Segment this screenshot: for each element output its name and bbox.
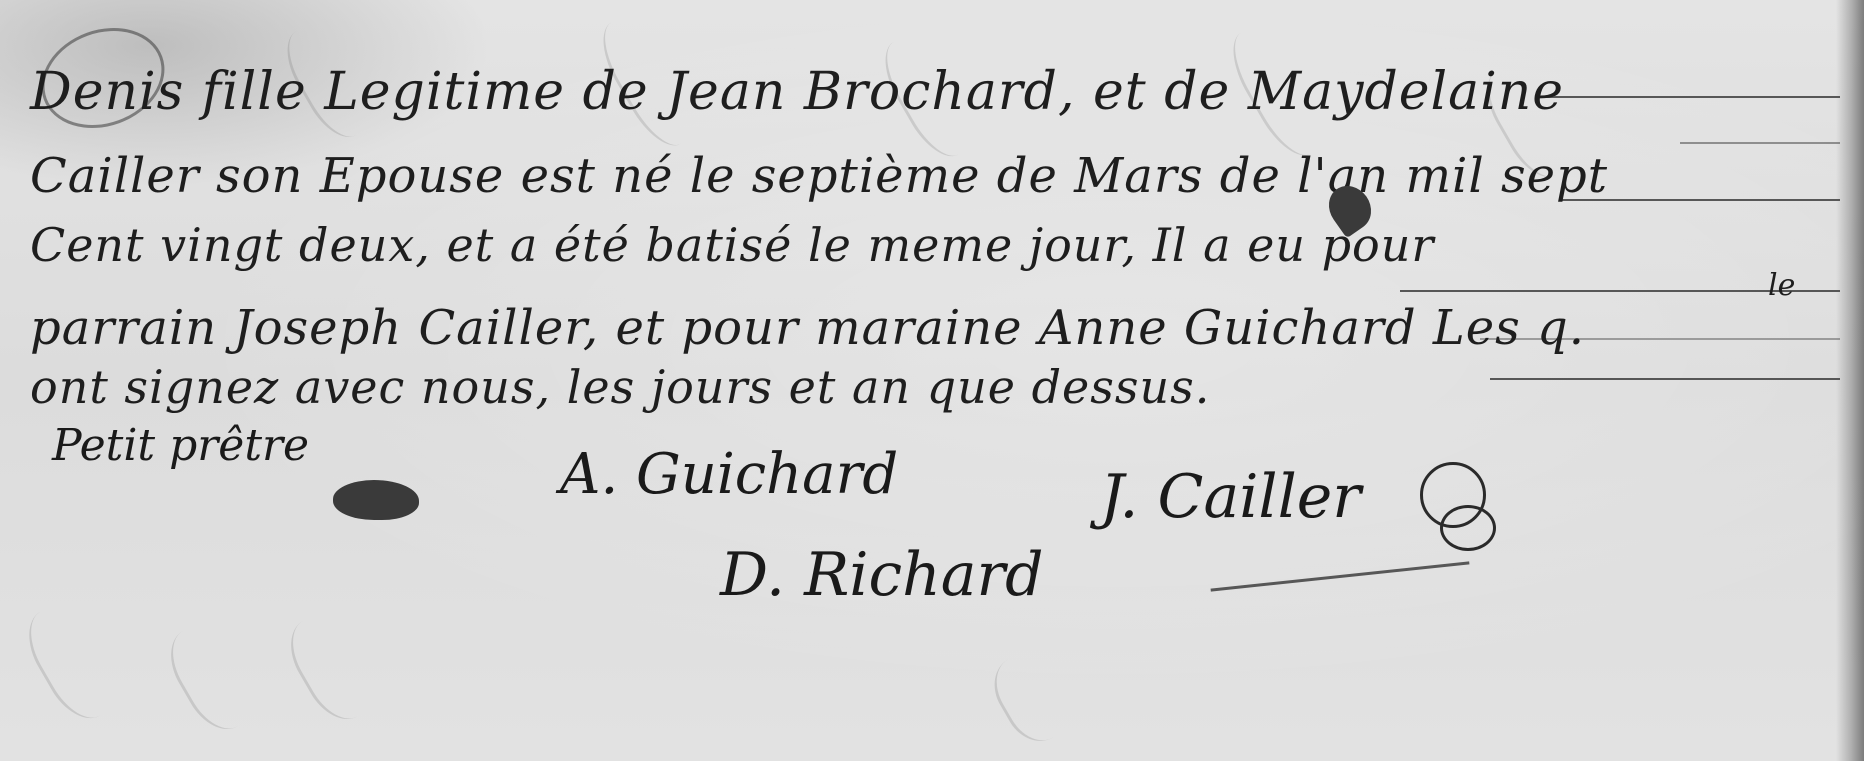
bleed-through-stroke [982, 638, 1090, 752]
signature-paraph [1440, 505, 1496, 551]
signature-godmother: A. Guichard [560, 442, 898, 507]
document-page: Denis fille Legitime de Jean Brochard, e… [0, 0, 1864, 761]
signature-godfather: J. Cailler [1100, 462, 1361, 532]
ink-blot [333, 480, 419, 520]
signature-priest: Petit prêtre [52, 420, 309, 471]
record-line-4: parrain Joseph Cailler, et pour maraine … [30, 300, 1585, 356]
superscript-abbrev: le [1768, 268, 1795, 303]
page-edge-shadow [1836, 0, 1864, 761]
record-line-5: ont signez avec nous, les jours et an qu… [30, 360, 1210, 414]
bleed-through-stroke [15, 590, 138, 730]
record-line-3: Cent vingt deux, et a été batisé le meme… [30, 218, 1434, 272]
ruled-line [1680, 142, 1840, 144]
bleed-through-stroke [157, 609, 275, 741]
ruled-line [1540, 96, 1840, 98]
record-line-2: Cailler son Epouse est né le septième de… [30, 148, 1608, 204]
signature-richard: D. Richard [720, 540, 1044, 610]
bleed-through-stroke [277, 599, 395, 731]
ruled-line [1490, 378, 1840, 380]
signature-underline [1211, 561, 1470, 591]
record-line-1: Denis fille Legitime de Jean Brochard, e… [30, 62, 1564, 122]
